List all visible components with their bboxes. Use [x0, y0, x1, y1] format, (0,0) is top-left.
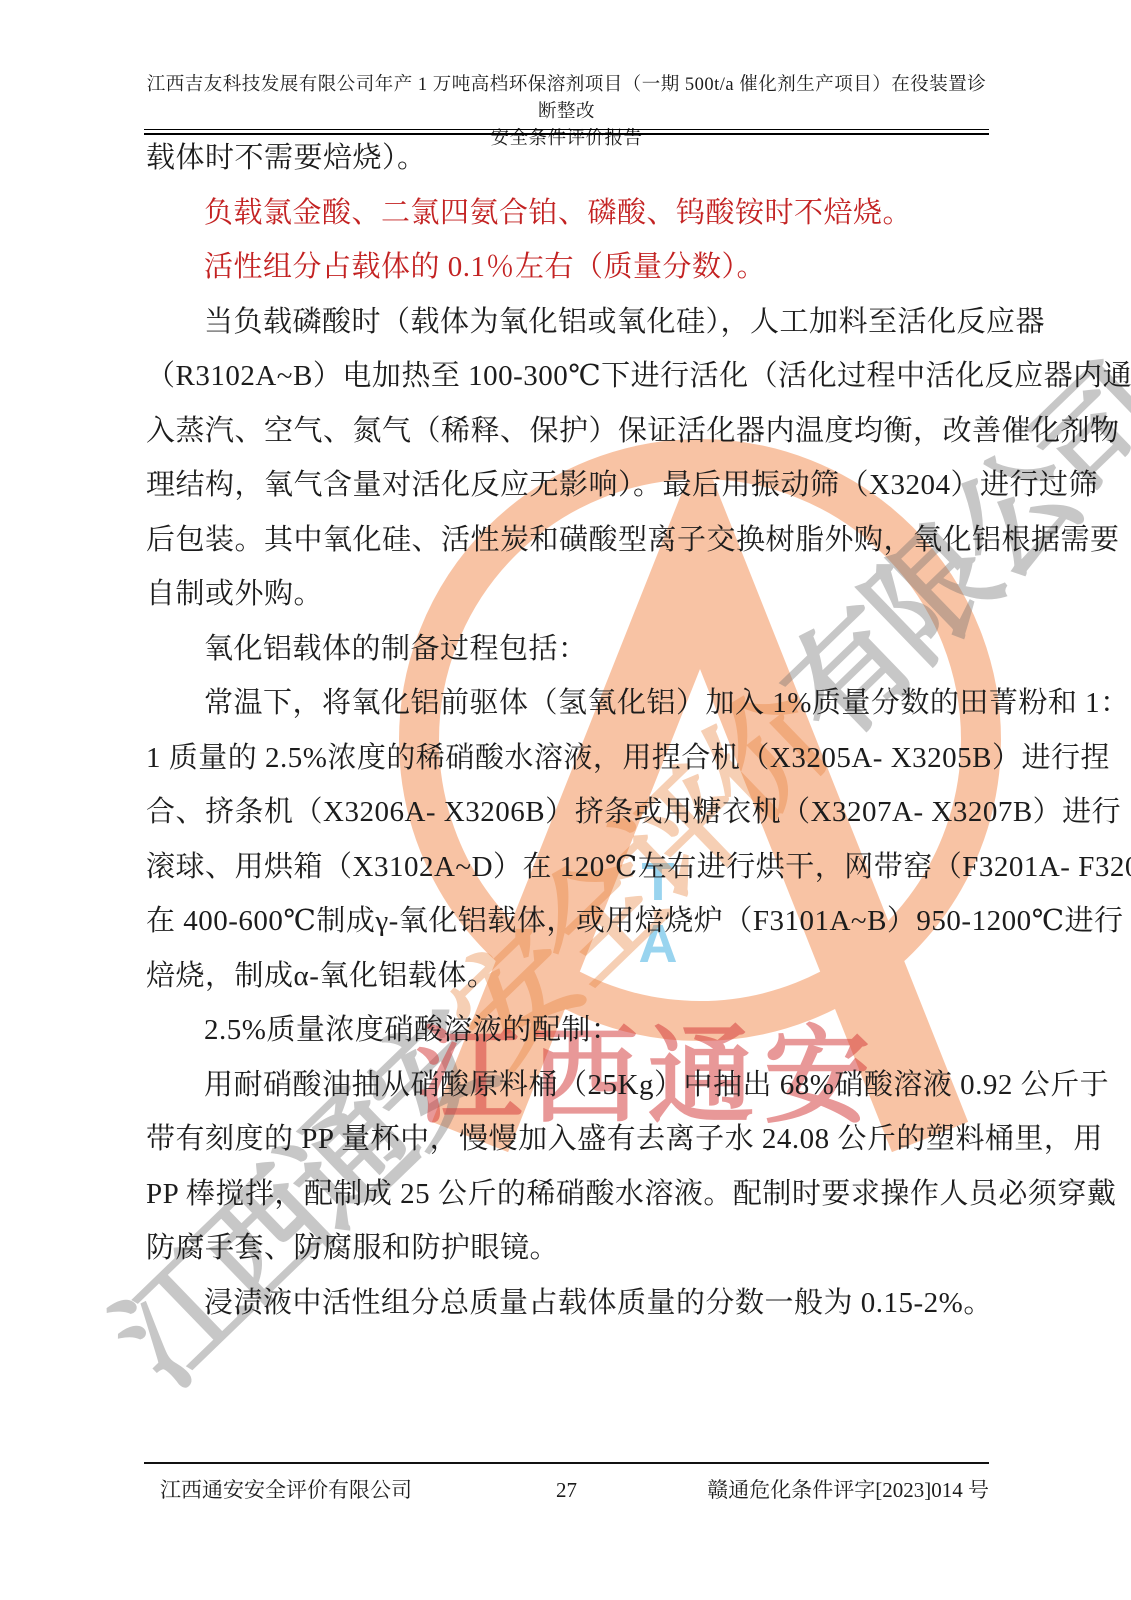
body-line-11: 常温下，将氧化铝前驱体（氢氧化铝）加入 1%质量分数的田菁粉和 1：: [146, 676, 1011, 731]
body-line-10: 氧化铝载体的制备过程包括：: [146, 622, 1011, 677]
footer-page-number: 27: [556, 1474, 577, 1506]
body-line-17: 2.5%质量浓度硝酸溶液的配制：: [146, 1003, 1011, 1058]
body-line-19: 带有刻度的 PP 量杯中，慢慢加入盛有去离子水 24.08 公斤的塑料桶里，用: [146, 1112, 1011, 1167]
body-line-15: 在 400-600℃制成γ-氧化铝载体，或用焙烧炉（F3101A~B）950-1…: [146, 894, 1011, 949]
footer-company-name: 江西通安安全评价有限公司: [160, 1474, 412, 1506]
body-line-2: 负载氯金酸、二氯四氨合铂、磷酸、钨酸铵时不焙烧。: [146, 186, 1011, 241]
body-line-9: 自制或外购。: [146, 567, 1011, 622]
body-line-13: 合、挤条机（X3206A- X3206B）挤条或用糖衣机（X3207A- X32…: [146, 785, 1011, 840]
body-line-4: 当负载磷酸时（载体为氧化铝或氧化硅），人工加料至活化反应器: [146, 295, 1011, 350]
body-line-21: 防腐手套、防腐服和防护眼镜。: [146, 1221, 1011, 1276]
body-line-14: 滚球、用烘箱（X3102A~D）在 120℃左右进行烘干，网带窑（F3201A-…: [146, 840, 1011, 895]
body-line-18: 用耐硝酸油抽从硝酸原料桶（25Kg）中抽出 68%硝酸溶液 0.92 公斤于: [146, 1058, 1011, 1113]
body-line-20: PP 棒搅拌，配制成 25 公斤的稀硝酸水溶液。配制时要求操作人员必须穿戴: [146, 1167, 1011, 1222]
body-line-8: 后包装。其中氧化硅、活性炭和磺酸型离子交换树脂外购，氧化铝根据需要: [146, 513, 1011, 568]
body-line-7: 理结构，氧气含量对活化反应无影响）。最后用振动筛（X3204）进行过筛: [146, 458, 1011, 513]
body-line-1: 载体时不需要焙烧）。: [146, 131, 1011, 186]
body-line-6: 入蒸汽、空气、氮气（稀释、保护）保证活化器内温度均衡，改善催化剂物: [146, 404, 1011, 459]
body-line-22: 浸渍液中活性组分总质量占载体质量的分数一般为 0.15-2%。: [146, 1276, 1011, 1331]
footer-document-number: 赣通危化条件评字[2023]014 号: [707, 1474, 989, 1506]
footer-rule: [144, 1462, 989, 1464]
body-line-16: 焙烧，制成α-氧化铝载体。: [146, 949, 1011, 1004]
body-line-12: 1 质量的 2.5%浓度的稀硝酸水溶液，用捏合机（X3205A- X3205B）…: [146, 731, 1011, 786]
header-title-line1: 江西吉友科技发展有限公司年产 1 万吨高档环保溶剂项目（一期 500t/a 催化…: [144, 72, 989, 126]
body-text: 载体时不需要焙烧）。负载氯金酸、二氯四氨合铂、磷酸、钨酸铵时不焙烧。活性组分占载…: [146, 131, 1011, 1330]
document-page: TA 江西通安安全评价有限公司 江西通安 江西吉友科技发展有限公司年产 1 万吨…: [0, 0, 1131, 1600]
body-line-5: （R3102A~B）电加热至 100-300℃下进行活化（活化过程中活化反应器内…: [146, 349, 1011, 404]
body-line-3: 活性组分占载体的 0.1％左右（质量分数）。: [146, 240, 1011, 295]
